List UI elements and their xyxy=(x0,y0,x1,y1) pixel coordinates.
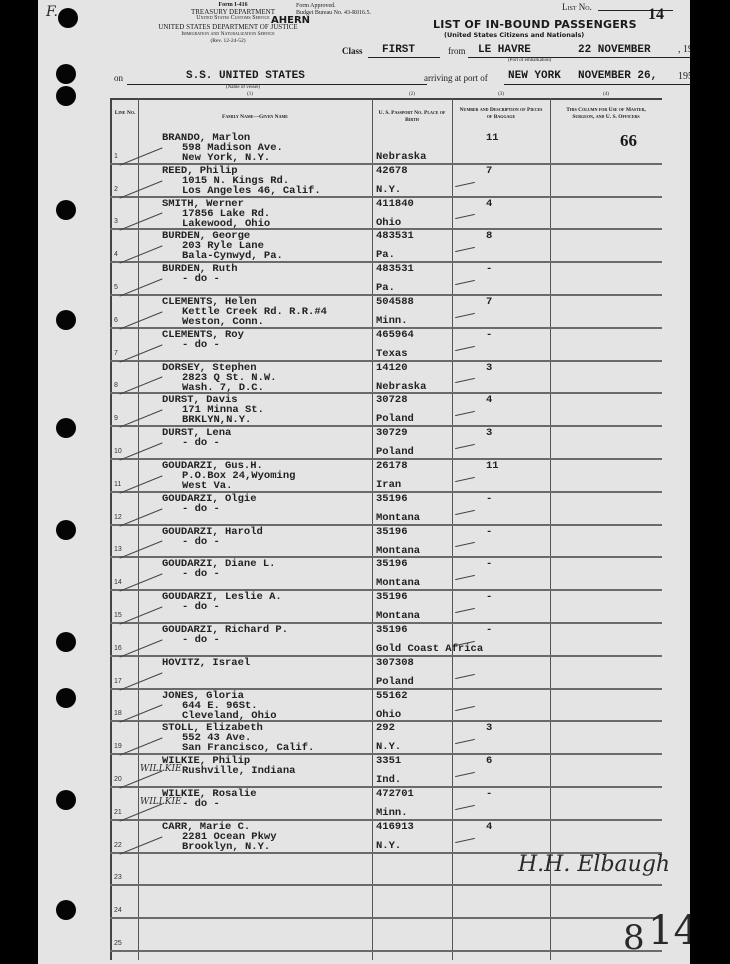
col-head-baggage: Number and Description of Pieces of Bagg… xyxy=(458,107,544,120)
passport-number: 26178 xyxy=(376,461,408,472)
tick-mark xyxy=(455,772,475,777)
baggage-count: 7 xyxy=(486,166,492,177)
from-label: from xyxy=(448,46,466,56)
port-embark: LE HAVRE xyxy=(478,44,531,56)
address-line-1: - do - xyxy=(182,274,220,285)
address-line-2: BRKLYN,N.Y. xyxy=(182,415,251,426)
line-number: 11 xyxy=(114,481,121,488)
passport-number: 3351 xyxy=(376,756,401,767)
place-of-birth: N.Y. xyxy=(376,742,401,753)
line-number: 21 xyxy=(114,809,122,816)
line-number: 24 xyxy=(114,907,122,914)
baggage-count: - xyxy=(486,592,492,603)
baggage-count: 3 xyxy=(486,428,492,439)
passport-number: 30729 xyxy=(376,428,408,439)
punch-hole xyxy=(56,310,76,330)
baggage-count: 6 xyxy=(486,756,492,767)
line-number: 17 xyxy=(114,678,122,685)
col-head-passport: U. S. Passport No. Place of Birth xyxy=(376,110,448,123)
list-no-label: List No. xyxy=(562,2,592,12)
ins-service: Immigration and Naturalization Service xyxy=(113,31,343,38)
col-num-1: (1) xyxy=(210,92,290,97)
baggage-count: - xyxy=(486,494,492,505)
port-embark-caption: (Port of embarkation) xyxy=(508,58,551,63)
address-line-1: - do - xyxy=(182,602,220,613)
tick-mark xyxy=(455,838,475,843)
port-arrival: NEW YORK xyxy=(508,70,561,82)
table-row: 24 xyxy=(110,886,662,919)
address-line-2: West Va. xyxy=(182,481,232,492)
punch-hole xyxy=(58,8,78,28)
baggage-count: 8 xyxy=(486,231,492,242)
on-label: on xyxy=(114,73,123,83)
baggage-count: - xyxy=(486,559,492,570)
line-number: 15 xyxy=(114,612,122,619)
table-row: 18JONES, Gloria644 E. 96St.Cleveland, Oh… xyxy=(110,690,662,723)
class-value: FIRST xyxy=(382,44,415,56)
baggage-count: 3 xyxy=(486,363,492,374)
page-mark-prefix: 8 xyxy=(623,918,645,958)
tick-mark xyxy=(455,805,475,810)
table-row: 25 xyxy=(110,919,662,952)
baggage-count: - xyxy=(486,264,492,275)
tick-mark xyxy=(455,739,475,744)
line-number: 19 xyxy=(114,743,122,750)
justice-header-block: UNITED STATES DEPARTMENT OF JUSTICE Immi… xyxy=(113,24,343,45)
address-line-2: Weston, Conn. xyxy=(182,317,264,328)
passport-number: 292 xyxy=(376,723,395,734)
passport-number: 42678 xyxy=(376,166,408,177)
place-of-birth: Texas xyxy=(376,349,408,360)
table-row: 22CARR, Marie C.2281 Ocean PkwyBrooklyn,… xyxy=(110,821,662,854)
table-row: 13GOUDARZI, Harold- do -35196Montana- xyxy=(110,526,662,559)
address-line-1: - do - xyxy=(182,504,220,515)
manifest-page: F. Form I-416 TREASURY DEPARTMENT United… xyxy=(38,0,710,964)
punch-hole xyxy=(56,418,76,438)
margin-note: F. xyxy=(46,4,58,20)
table-row: 20WILKIE, PhilipRushville, Indiana3351In… xyxy=(110,755,662,788)
passport-number: 35196 xyxy=(376,559,408,570)
tick-mark xyxy=(455,477,475,482)
address-line-2: Brooklyn, N.Y. xyxy=(182,842,270,853)
line-number: 3 xyxy=(114,218,118,225)
passport-number: 55162 xyxy=(376,691,408,702)
table-row: 3SMITH, Werner17856 Lake Rd.Lakewood, Oh… xyxy=(110,198,662,231)
passport-number: 483531 xyxy=(376,264,414,275)
table-row: 6CLEMENTS, HelenKettle Creek Rd. R.R.#4W… xyxy=(110,296,662,329)
baggage-count: - xyxy=(486,625,492,636)
ahern-stamp: AHERN xyxy=(271,15,310,26)
table-row: 17HOVITZ, Israel307308Poland xyxy=(110,657,662,690)
address-line-2: Bala-Cynwyd, Pa. xyxy=(182,251,283,262)
place-of-birth: Pa. xyxy=(376,283,395,294)
passport-number: 472701 xyxy=(376,789,414,800)
baggage-count: - xyxy=(486,527,492,538)
address-line-2: Los Angeles 46, Calif. xyxy=(182,186,321,197)
col-head-name: Family Name—Given Name xyxy=(138,114,372,121)
line-number: 23 xyxy=(114,874,122,881)
line-number: 25 xyxy=(114,940,122,947)
col-num-3: (3) xyxy=(452,92,550,97)
vessel-line xyxy=(127,84,427,85)
col-head-line-no: Line No. xyxy=(112,110,138,117)
line-number: 14 xyxy=(114,579,122,586)
tick-mark xyxy=(455,214,475,219)
address-line-1: Rushville, Indiana xyxy=(182,766,295,777)
place-of-birth: Nebraska xyxy=(376,152,426,163)
class-label: Class xyxy=(342,46,363,56)
form-title: LIST OF IN-BOUND PASSENGERS xyxy=(433,18,637,31)
place-of-birth: N.Y. xyxy=(376,841,401,852)
line-number: 18 xyxy=(114,710,122,717)
line-number: 9 xyxy=(114,415,118,422)
passport-number: 411840 xyxy=(376,199,414,210)
baggage-count: 4 xyxy=(486,199,492,210)
table-row: 19STOLL, Elizabeth552 43 Ave.San Francis… xyxy=(110,722,662,755)
passenger-table: (1) (2) (3) (4) Line No. Family Name—Giv… xyxy=(110,98,662,960)
place-of-birth: Montana xyxy=(376,578,420,589)
line-number: 10 xyxy=(114,448,122,455)
table-row: 14GOUDARZI, Diane L.- do -35196Montana- xyxy=(110,558,662,591)
address-line-1: - do - xyxy=(182,340,220,351)
table-row: 11GOUDARZI, Gus.H.P.O.Box 24,WyomingWest… xyxy=(110,460,662,493)
address-line-2: Lakewood, Ohio xyxy=(182,219,270,230)
embark-line xyxy=(468,57,694,58)
table-row: 12GOUDARZI, Olgie- do -35196Montana- xyxy=(110,493,662,526)
tick-mark xyxy=(455,411,475,416)
tick-mark xyxy=(455,706,475,711)
tick-mark xyxy=(455,674,475,679)
arriving-label: arriving at port of xyxy=(424,73,488,83)
form-revision: (Rev. 12-24-52) xyxy=(113,38,343,45)
place-of-birth: Iran xyxy=(376,480,401,491)
list-no-value: 14 xyxy=(648,6,664,24)
table-row: 15GOUDARZI, Leslie A.- do -35196Montana- xyxy=(110,591,662,624)
passenger-name: HOVITZ, Israel xyxy=(162,658,250,669)
address-line-2: New York, N.Y. xyxy=(182,153,270,164)
table-row: 4BURDEN, George203 Ryle LaneBala-Cynwyd,… xyxy=(110,230,662,263)
table-row: 5BURDEN, Ruth- do -483531Pa.- xyxy=(110,263,662,296)
officer-signature: H.H. Elbaugh xyxy=(518,852,670,877)
baggage-count: 4 xyxy=(486,822,492,833)
baggage-count: - xyxy=(486,330,492,341)
tick-mark xyxy=(455,510,475,515)
line-number: 8 xyxy=(114,382,118,389)
col-head-officers: This Column for Use of Master, Surgeon, … xyxy=(562,107,650,120)
passenger-name: GOUDARZI, Richard P. xyxy=(162,625,288,636)
line-number: 22 xyxy=(114,842,122,849)
place-of-birth: Ind. xyxy=(376,775,401,786)
table-row: 10DURST, Lena- do -30729Poland3 xyxy=(110,427,662,460)
address-line-1: - do - xyxy=(182,569,220,580)
row-rule xyxy=(110,950,662,952)
baggage-count: 3 xyxy=(486,723,492,734)
line-number: 4 xyxy=(114,251,118,258)
tick-mark xyxy=(455,444,475,449)
passenger-name: GOUDARZI, Leslie A. xyxy=(162,592,282,603)
vessel-name: S.S. UNITED STATES xyxy=(186,70,305,82)
line-number: 5 xyxy=(114,284,118,291)
table-row: 8DORSEY, Stephen2823 Q St. N.W.Wash. 7, … xyxy=(110,362,662,395)
passport-number: 483531 xyxy=(376,231,414,242)
address-line-2: Cleveland, Ohio xyxy=(182,711,277,722)
tick-mark xyxy=(455,247,475,252)
table-row: 21WILKIE, Rosalie- do -472701Minn.-WILLK… xyxy=(110,788,662,821)
col-num-2: (2) xyxy=(372,92,452,97)
line-number: 6 xyxy=(114,317,118,324)
vessel-caption: (Name of vessel) xyxy=(226,85,260,90)
place-of-birth: Poland xyxy=(376,414,414,425)
passport-number: 504588 xyxy=(376,297,414,308)
baggage-count: 4 xyxy=(486,395,492,406)
place-of-birth: Gold Coast Africa xyxy=(376,644,483,655)
place-of-birth: Ohio xyxy=(376,218,401,229)
col-num-4: (4) xyxy=(550,92,662,97)
address-line-2: San Francisco, Calif. xyxy=(182,743,314,754)
tick-mark xyxy=(455,313,475,318)
baggage-count: 11 xyxy=(486,461,499,472)
place-of-birth: Minn. xyxy=(376,808,408,819)
place-of-birth: Poland xyxy=(376,447,414,458)
form-subtitle: (United States Citizens and Nationals) xyxy=(444,31,584,39)
passport-number: 35196 xyxy=(376,494,408,505)
address-line-1: - do - xyxy=(182,635,220,646)
line-number: 20 xyxy=(114,776,122,783)
place-of-birth: Minn. xyxy=(376,316,408,327)
place-of-birth: Montana xyxy=(376,611,420,622)
passport-number: 30728 xyxy=(376,395,408,406)
line-number: 16 xyxy=(114,645,122,652)
line-number: 13 xyxy=(114,546,122,553)
punch-hole xyxy=(56,64,76,84)
class-line xyxy=(368,57,440,58)
address-line-1: - do - xyxy=(182,537,220,548)
address-line-1: - do - xyxy=(182,799,220,810)
arrival-date: NOVEMBER 26, xyxy=(578,70,657,82)
baggage-count: - xyxy=(486,789,492,800)
place-of-birth: Montana xyxy=(376,513,420,524)
tick-mark xyxy=(455,542,475,547)
place-of-birth: Nebraska xyxy=(376,382,426,393)
table-row: 9DURST, Davis171 Minna St.BRKLYN,N.Y.307… xyxy=(110,394,662,427)
passport-number: 416913 xyxy=(376,822,414,833)
table-row: 16GOUDARZI, Richard P.- do -35196Gold Co… xyxy=(110,624,662,657)
name-correction: WILLKIE xyxy=(140,764,182,774)
punch-hole xyxy=(56,688,76,708)
address-line-1: - do - xyxy=(182,438,220,449)
passport-number: 307308 xyxy=(376,658,414,669)
scan-edge xyxy=(690,0,710,964)
embark-date: 22 NOVEMBER xyxy=(578,44,651,56)
punch-hole xyxy=(56,790,76,810)
line-number: 2 xyxy=(114,186,118,193)
name-correction: WILLKIE xyxy=(140,797,182,807)
line-number: 1 xyxy=(114,153,118,160)
line-number: 7 xyxy=(114,350,118,357)
passport-number: 35196 xyxy=(376,527,408,538)
place-of-birth: Pa. xyxy=(376,250,395,261)
tick-mark xyxy=(455,575,475,580)
tick-mark xyxy=(455,378,475,383)
table-row: 7CLEMENTS, Roy- do -465964Texas- xyxy=(110,329,662,362)
punch-hole xyxy=(56,86,76,106)
passport-number: 35196 xyxy=(376,625,408,636)
punch-hole xyxy=(56,632,76,652)
tick-mark xyxy=(455,182,475,187)
punch-hole xyxy=(56,520,76,540)
tick-mark xyxy=(455,608,475,613)
tick-mark xyxy=(455,280,475,285)
passport-number: 35196 xyxy=(376,592,408,603)
passport-number: 465964 xyxy=(376,330,414,341)
place-of-birth: Ohio xyxy=(376,710,401,721)
baggage-count: 7 xyxy=(486,297,492,308)
passport-number: 14120 xyxy=(376,363,408,374)
tick-mark xyxy=(455,346,475,351)
place-of-birth: Poland xyxy=(376,677,414,688)
punch-hole xyxy=(56,200,76,220)
table-row: 1BRANDO, Marlon598 Madison Ave.New York,… xyxy=(110,132,662,165)
punch-hole xyxy=(56,900,76,920)
arrival-line xyxy=(504,84,694,85)
table-row: 2REED, Philip1015 N. Kings Rd.Los Angele… xyxy=(110,165,662,198)
table-top-rule xyxy=(110,98,662,100)
baggage-count: 11 xyxy=(486,133,499,144)
place-of-birth: Montana xyxy=(376,546,420,557)
address-line-2: Wash. 7, D.C. xyxy=(182,383,264,394)
line-number: 12 xyxy=(114,514,122,521)
place-of-birth: N.Y. xyxy=(376,185,401,196)
